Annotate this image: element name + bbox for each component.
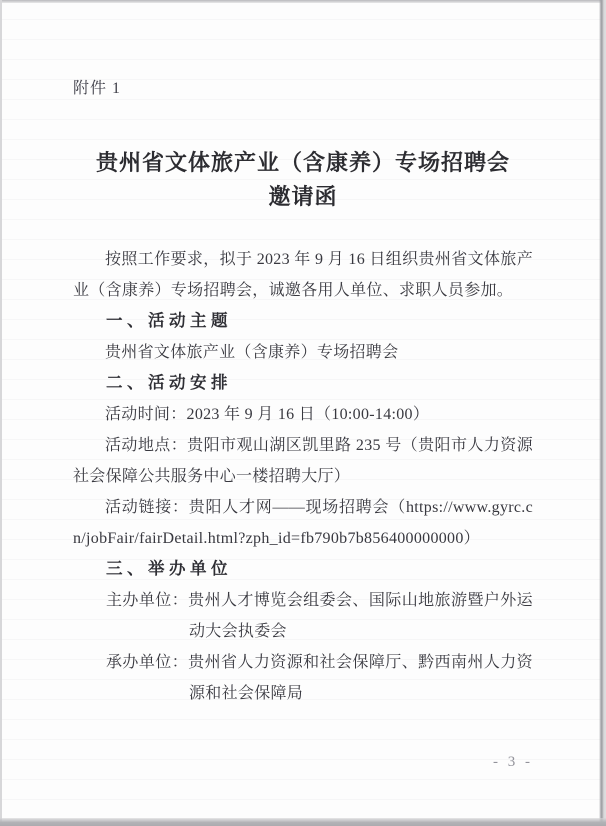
event-time-value: 2023 年 9 月 16 日（10:00-14:00） bbox=[187, 406, 430, 423]
scan-edge-left bbox=[0, 0, 2, 826]
event-link-line: 活动链接：贵阳人才网——现场招聘会（https://www.gyrc.cn/jo… bbox=[73, 492, 533, 554]
document-body: 按照工作要求，拟于 2023 年 9 月 16 日组织贵州省文体旅产业（含康养）… bbox=[73, 244, 533, 709]
event-location-line: 活动地点：贵阳市观山湖区凯里路 235 号（贵阳市人力资源社会保障公共服务中心一… bbox=[73, 430, 533, 492]
undertaker-label: 承办单位： bbox=[106, 654, 188, 671]
page-number: - 3 - bbox=[73, 751, 533, 773]
organizer-line: 主办单位：贵州人才博览会组委会、国际山地旅游暨户外运动大会执委会 bbox=[73, 585, 533, 647]
document-content: 附件 1 贵州省文体旅产业（含康养）专场招聘会 邀请函 按照工作要求，拟于 20… bbox=[0, 0, 606, 826]
section-heading-arrangement: 二、活动安排 bbox=[73, 368, 533, 399]
scanned-document-page: 附件 1 贵州省文体旅产业（含康养）专场招聘会 邀请函 按照工作要求，拟于 20… bbox=[0, 0, 606, 826]
document-title: 贵州省文体旅产业（含康养）专场招聘会 邀请函 bbox=[73, 146, 533, 214]
undertaker-value: 贵州省人力资源和社会保障厅、黔西南州人力资源和社会保障局 bbox=[188, 654, 533, 702]
event-location-label: 活动地点： bbox=[105, 437, 187, 454]
event-time-line: 活动时间：2023 年 9 月 16 日（10:00-14:00） bbox=[73, 399, 533, 430]
document-title-line2: 邀请函 bbox=[73, 180, 533, 214]
section-heading-organizers: 三、举办单位 bbox=[73, 554, 533, 585]
intro-paragraph: 按照工作要求，拟于 2023 年 9 月 16 日组织贵州省文体旅产业（含康养）… bbox=[73, 244, 533, 306]
scan-edge-bottom bbox=[0, 818, 606, 826]
organizer-value: 贵州人才博览会组委会、国际山地旅游暨户外运动大会执委会 bbox=[188, 592, 533, 640]
scan-edge-top bbox=[0, 0, 606, 3]
organizer-label: 主办单位： bbox=[106, 592, 188, 609]
section-heading-theme: 一、活动主题 bbox=[73, 306, 533, 337]
undertaker-line: 承办单位：贵州省人力资源和社会保障厅、黔西南州人力资源和社会保障局 bbox=[73, 647, 533, 709]
event-link-label: 活动链接： bbox=[105, 499, 189, 516]
attachment-label: 附件 1 bbox=[73, 78, 533, 100]
event-theme-text: 贵州省文体旅产业（含康养）专场招聘会 bbox=[73, 337, 533, 368]
event-time-label: 活动时间： bbox=[105, 406, 187, 423]
scan-edge-right bbox=[599, 0, 606, 826]
document-title-line1: 贵州省文体旅产业（含康养）专场招聘会 bbox=[73, 146, 533, 180]
